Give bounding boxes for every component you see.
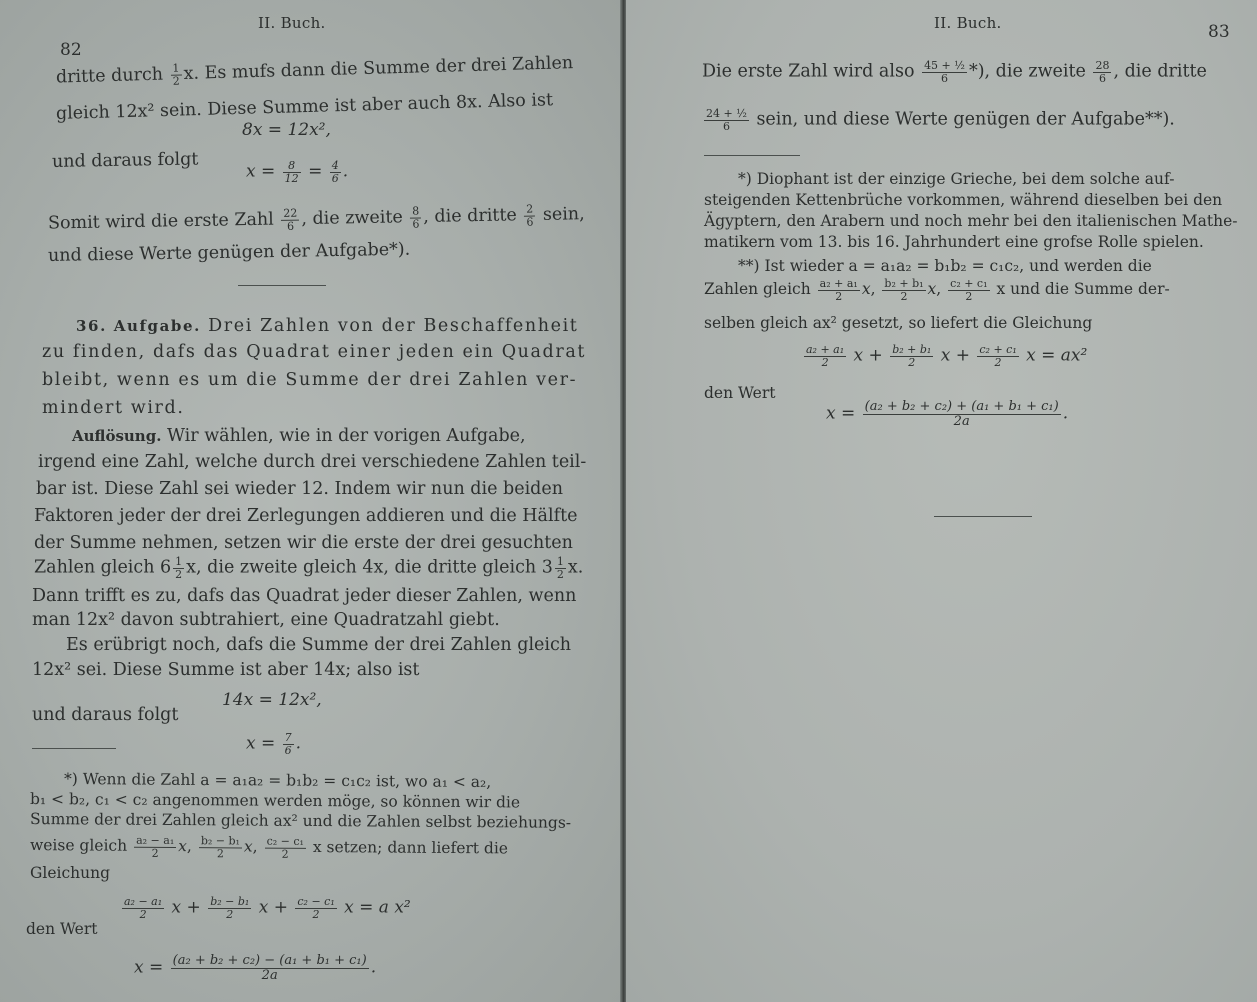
text-line: Faktoren jeder der drei Zerlegungen addi… — [34, 508, 577, 526]
footnote-line: weise gleich a₂ − a₁2x, b₂ − b₁2x, c₂ − … — [30, 834, 508, 861]
footnote-line: b₁ < b₂, c₁ < c₂ angenommen werden möge,… — [30, 792, 520, 811]
footnote-line: Ägyptern, den Arabern und noch mehr bei … — [704, 214, 1238, 230]
footnote-divider — [704, 155, 800, 156]
text-line: Dann trifft es zu, dafs das Quadrat jede… — [32, 588, 576, 606]
text-line: Somit wird die erste Zahl 226, die zweit… — [48, 203, 585, 236]
footnote-line: steigenden Kettenbrüche vorkommen, währe… — [704, 193, 1222, 209]
text-line: zu finden, dafs das Quadrat einer jeden … — [42, 344, 586, 362]
footnote-line: matikern vom 13. bis 16. Jahrhundert ein… — [704, 235, 1204, 251]
running-head: II. Buch. — [258, 14, 326, 32]
solution-heading: Auflösung. Wir wählen, wie in der vorige… — [72, 428, 526, 446]
page-number: 83 — [1208, 22, 1230, 42]
text-line: bleibt, wenn es um die Summe der drei Za… — [42, 372, 577, 390]
equation: x = (a₂ + b₂ + c₂) − (a₁ + b₁ + c₁)2a. — [134, 954, 376, 982]
footnote-line: Summe der drei Zahlen gleich ax² und die… — [30, 812, 571, 831]
footnote-line: *) Wenn die Zahl a = a₁a₂ = b₁b₂ = c₁c₂ … — [64, 772, 491, 790]
running-head: II. Buch. — [934, 14, 1002, 32]
text-line: und daraus folgt — [52, 151, 199, 171]
text-line: mindert wird. — [42, 400, 185, 418]
equation: x = 812 = 46. — [246, 160, 348, 184]
footnote-line: selben gleich ax² gesetzt, so liefert di… — [704, 316, 1092, 332]
text-line: gleich 12x² sein. Diese Summe ist aber a… — [56, 92, 553, 123]
equation: 14x = 12x², — [222, 690, 322, 710]
text-line: Zahlen gleich 612x, die zweite gleich 4x… — [34, 556, 583, 580]
section-divider — [238, 285, 326, 286]
equation: x = (a₂ + b₂ + c₂) + (a₁ + b₁ + c₁)2a. — [826, 400, 1068, 428]
equation: 8x = 12x², — [242, 120, 331, 140]
text-line: und daraus folgt — [32, 707, 178, 725]
text-line: dritte durch 12x. Es mufs dann die Summe… — [56, 52, 574, 91]
text-line: 24 + ½6 sein, und diese Werte genügen de… — [702, 108, 1175, 132]
text-line: bar ist. Diese Zahl sei wieder 12. Indem… — [36, 481, 563, 499]
footnote-line: **) Ist wieder a = a₁a₂ = b₁b₂ = c₁c₂, u… — [738, 259, 1152, 275]
end-divider — [934, 516, 1032, 517]
text-line: Die erste Zahl wird also 45 + ½6*), die … — [702, 60, 1207, 84]
text-line: irgend eine Zahl, welche durch drei vers… — [38, 454, 586, 472]
footnote-line: den Wert — [704, 386, 775, 402]
problem-heading: 36. Aufgabe. Drei Zahlen von der Beschaf… — [76, 318, 578, 336]
left-page: II. Buch. 82 dritte durch 12x. Es mufs d… — [0, 0, 622, 1002]
footnote-line: Zahlen gleich a₂ + a₁2x, b₂ + b₁2x, c₂ +… — [704, 278, 1170, 302]
page-number: 82 — [60, 40, 82, 60]
footnote-line: den Wert — [26, 922, 97, 938]
equation: a₂ − a₁2 x + b₂ − b₁2 x + c₂ − c₁2 x = a… — [120, 896, 411, 920]
equation: x = 76. — [246, 732, 301, 756]
right-page: II. Buch. 83 Die erste Zahl wird also 45… — [626, 0, 1257, 1002]
equation: a₂ + a₁2 x + b₂ + b₁2 x + c₂ + c₁2 x = a… — [802, 344, 1087, 368]
text-line: der Summe nehmen, setzen wir die erste d… — [34, 535, 573, 553]
footnote-divider — [32, 748, 116, 749]
text-line: man 12x² davon subtrahiert, eine Quadrat… — [32, 612, 500, 630]
text-line: 12x² sei. Diese Summe ist aber 14x; also… — [32, 662, 419, 680]
footnote-line: *) Diophant ist der einzige Grieche, bei… — [738, 172, 1174, 188]
text-line: und diese Werte genügen der Aufgabe*). — [48, 242, 411, 266]
fraction: 12 — [170, 62, 182, 86]
text-line: Es erübrigt noch, dafs die Summe der dre… — [66, 637, 571, 655]
footnote-line: Gleichung — [30, 866, 110, 882]
